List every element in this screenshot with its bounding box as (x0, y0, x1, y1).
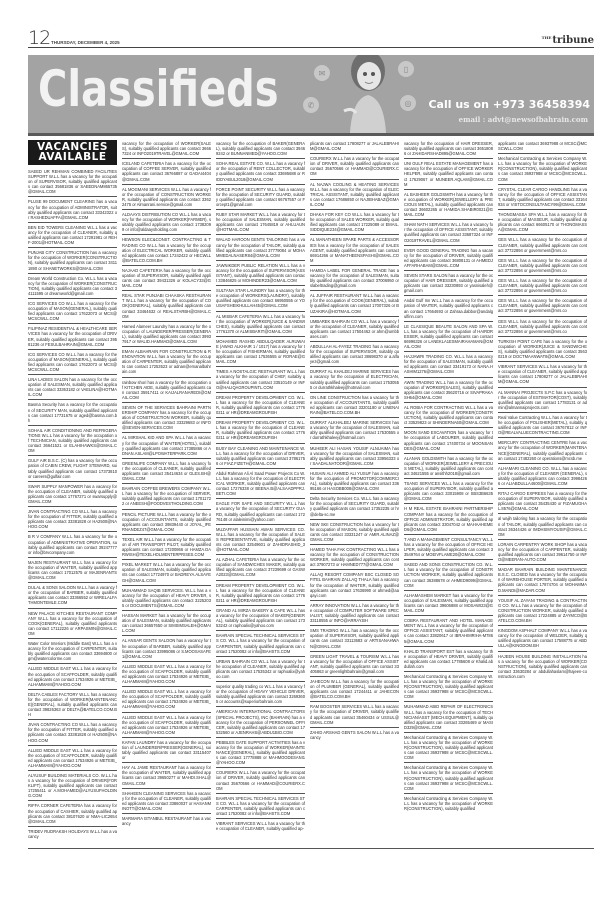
classified-ad: MUZAFFAR HUSSAIN AWAN SERVICES CO. W.L.L… (216, 526, 305, 555)
section-header: VACANCIES AVAILABLE (28, 140, 117, 165)
classified-ad: ALDAAYS DISTRIBUTION CO W.L.L has a vaca… (122, 211, 211, 235)
classified-ad: KINGDOM ASPHALT COMPANY W.L.L has a vaca… (498, 627, 587, 651)
classified-ad: ALANAN GOLDSMITH has a vacancy for the o… (404, 455, 493, 479)
classified-ad: PEBBLES GATE SUPPORT ACTIVITIES has a va… (216, 739, 305, 768)
phone-icon: ✆ (303, 97, 319, 113)
classified-ad: HASSAN MARKET has a vacancy for the occu… (122, 612, 211, 636)
classified-ad: MOON SAND EXCAVATION has a vacancy for t… (404, 429, 493, 453)
classified-ad: ARRAY INNOVATION W.L.L has a vacancy for… (310, 602, 399, 626)
classified-ad: DREAM PROPERTY DEVELOPMENT CO. W.L.L has… (216, 394, 305, 418)
classified-ad: DELTA CABLES FACTORY W.L.L has a vacancy… (28, 691, 117, 720)
classified-columns: VACANCIES AVAILABLE SAEED UR REHMAN COMB… (28, 140, 594, 849)
classified-ad: GES W.L.L has a vacancy for the occupati… (498, 257, 587, 276)
classified-ad: URBAN BAHRAIN CO W.L.L has a vacancy for… (216, 658, 305, 682)
classified-ad: ON LINE CONSTRUCTION has a vacancy for t… (310, 394, 399, 418)
classified-ad: NAJAAD CAFETERIA has a vacancy for the o… (122, 267, 211, 291)
classified-ad: vacancy for the occupation of HAIR DRESS… (404, 140, 493, 159)
classified-ad: ICELAND CAFETERIA has a vacancy for the … (122, 160, 211, 184)
classified-ad: GULF AIR B.S.C. (C) has a vacancy for th… (28, 457, 117, 481)
classified-ad: MUHAMMAD SAQIB SERVICES. W.L.L has a vac… (122, 587, 211, 611)
classified-ad: AL AZHAL CAFETERIA has a vacancy for the… (216, 556, 305, 580)
classified-ad: GES W.L.L has a vacancy for the occupati… (498, 236, 587, 255)
classified-ad: H M REAL ESTATE BAHRAINI PARTNERSHIP COM… (404, 505, 493, 534)
brand-name: tribune (552, 35, 594, 46)
classified-ad: DURRAT ALKHALEEJ MARINE SERVICES has a v… (310, 419, 399, 443)
classified-ad: FILIPINAZ RESIDENTIAL & HEALTHCARE SERVI… (28, 325, 117, 349)
globe-icon: ◎ (400, 95, 416, 111)
classified-ad: LORAIN CARPENTRY WORK SHOP has a vacancy… (498, 541, 587, 565)
classified-ad: ALLIED MIDDLE EAST W.L.L has a vacancy f… (122, 688, 211, 712)
page-number: 12 (28, 27, 50, 49)
classified-ad: SEVEN STARS SALON has a vacancy for the … (404, 272, 493, 296)
classified-ad: ALLIED MIDDLE EAST W.L.L has a vacancy f… (28, 747, 117, 771)
classified-ad: RITAJ CARGO EXPRESS has a vacancy for th… (498, 490, 587, 514)
classified-ad: FORCE POINT SECURITY W.L.L has a vacancy… (216, 186, 305, 210)
classified-ad: ALLIED MIDDLE EAST W.L.L has a vacancy f… (122, 714, 211, 738)
classified-ad: BEN EID TOWERS CLEANING W.L.L has a vaca… (28, 224, 117, 248)
classified-ad: YOUSIF AL ZAYANI TRADING & CONTRACTING C… (498, 597, 587, 626)
classified-ad: ALHAMARI CLEANING CO. W.L.L has a vacanc… (498, 465, 587, 489)
classified-ad: ALHAMASHEM MARKET has a vacancy for the … (404, 592, 493, 616)
classified-ad: SHAHEEN CLEANING SERVICES has a vacancy … (122, 790, 211, 814)
classified-ad: AL MIRSHAL KID AND SPA W.L.L has a vacan… (122, 434, 211, 458)
classified-ad: LINA LADIES SALON has a vacancy for the … (28, 376, 117, 400)
column-1: VACANCIES AVAILABLE SAEED UR REHMAN COMB… (28, 140, 117, 848)
banner-title: Classifieds (38, 60, 279, 118)
classified-ad: ALLIED MIDDLE EAST W.L.L has a vacancy f… (122, 663, 211, 687)
classified-ad: KHALID TRANSPORT EST has a vacancy for t… (404, 648, 493, 672)
classified-ad: ALYUSUF BUILDING MATERIALS CO. W.L.L has… (28, 772, 117, 801)
classified-ad: SOHAIL AIR CONDITIONING AND REFRIGERATIO… (28, 427, 117, 456)
classified-ad: VIBRANT SERVICES W.L.L has a vacancy for… (498, 363, 587, 387)
classified-ad: ALLIED MIDDLE EAST W.L.L has a vacancy f… (28, 665, 117, 689)
classified-ad: RUBY STAR MARKET W.L.L has a vacancy for… (216, 211, 305, 235)
classified-ad: JAWNIKDER PUBLIC RELATION W.L.L has a va… (216, 262, 305, 286)
classified-ad: MADAR BAHRAIN BUILDING MAINTENANCE B.S.C… (498, 566, 587, 595)
classified-ad: REAL STAR PUNJABI CHAASKA RESTAURANT W.L… (122, 292, 211, 321)
classified-ad: SULTANA STAR LAUNDRY has a vacancy for t… (216, 287, 305, 311)
classified-ad: MUHEER ALI HASAN YOUSIF ALNUAIMA has a v… (310, 445, 399, 469)
classified-ad: ICG SERVICES CO W.L.L has a vacancy for … (28, 351, 117, 375)
woman-illustration-icon (340, 55, 396, 133)
classified-ad: AL NAJWA COOLING & HEATING SERVICES W.L.… (310, 181, 399, 210)
classified-ad: MAJEN RESTAURANT W.L.L has a vacancy for… (28, 559, 117, 583)
contact-email: email : advt@newsofbahrain.com (459, 115, 588, 124)
column-3-ads: vacancy for the occupation of BAKER(GENE… (216, 140, 305, 833)
classified-ad: DREAM PROPERTY DEVELOPMENT CO. W.L.L has… (216, 582, 305, 606)
classified-ad: BAHRAIN SPECIAL TECHNICAL SERVICES STS C… (216, 795, 305, 819)
column-6-ads: applicants can contact 36937988 or MCSC@… (498, 140, 587, 681)
classified-ad: Water Color Interiors (Middle East) W.L.… (28, 640, 117, 664)
classified-ad: MERCURY CONTRACTING CENTRE has a vacancy… (498, 439, 587, 463)
classified-ad: PLUSE 99 DOCUMENT CLEARING has a vacancy… (28, 198, 117, 222)
classified-ad: AMERICAN INTERNATIONAL CONTRACTORS (SPEC… (216, 708, 305, 737)
classified-ad: AL JUFFAIR RESTAURANT W.L.L has a vacanc… (310, 292, 399, 316)
classified-ad: LE CLASSIQUE BEAUTE SALON AND SPA W.L.L … (404, 323, 493, 352)
classified-ad: TEXEL AIR W.L.L has a vacancy for the oc… (122, 536, 211, 560)
classified-ad: GES W.L.L has a vacancy for the occupati… (498, 297, 587, 316)
brand-logo: THEtribune (542, 35, 594, 46)
classified-ad: Hamed Alameer Laundry has a vacancy for … (122, 323, 211, 347)
section-header-line-2: AVAILABLE (28, 152, 117, 162)
classified-ad: Mechanical Contracting & Services Compan… (404, 764, 493, 793)
classified-ad: SAEED AND SONS CONSTRUCTION CO. W.L.L ha… (404, 561, 493, 590)
classified-ad: KAFAN LAUNDRY has a vacancy for the occu… (122, 739, 211, 763)
classified-ad: GREENLIFE COMPANY W.L.L has a vacancy fo… (122, 460, 211, 484)
classifieds-banner: Classifieds ✉ ✆ ▯ ◎ Call us on +973 3645… (28, 55, 594, 136)
classified-ad: WALAD HAROON GENTS TAILORING has a vacan… (216, 236, 305, 260)
classified-ad: AL MANNAI PROJECTS S.P.C has a vacancy f… (498, 389, 587, 413)
classified-ad: AWIN TRADING W.L.L has a vacancy for the… (404, 379, 493, 403)
envelope-icon: ✉ (314, 65, 330, 81)
classified-ad: ALLAQ RESORT COMPANY BSC CLOSED SOFITEL … (310, 571, 399, 600)
column-5: vacancy for the occupation of HAIR DRESS… (404, 140, 493, 848)
brand-prefix: THE (542, 35, 552, 40)
classified-ad: PENCIL PICTURE W.L.L has a vacancy for t… (122, 511, 211, 535)
classified-ad: HAMIDA LABEL FOR GENERAL TRADE has a vac… (310, 267, 399, 291)
classified-ad: plicants can contact 17808277 or JALALEB… (310, 140, 399, 154)
classified-ad: COURIERX W.L.L has a vacancy for the occ… (216, 769, 305, 793)
classified-ad: AL BASHEER GOLDSMITH has a vacancy for t… (404, 191, 493, 220)
classified-ad: Mechanical Contracting & Services Compan… (404, 734, 493, 763)
classified-ad: PUNJAB CITY CONSTRUCTION has a vacancy f… (28, 249, 117, 273)
classified-ad: BAHRAIN SPECIAL TECHNICAL SERVICES STS C… (216, 632, 305, 656)
classified-ad: Mechanical Contracting & Services Compan… (404, 795, 493, 813)
classified-ad: SWAR SUPPLY MANPOWER has a vacancy for t… (28, 483, 117, 507)
classified-ad: JIVAN CONTRACTING CO W.L.L has a vacancy… (28, 508, 117, 532)
classified-ad: GRAND AL MIRZA BAKERY & CAFE W.L.L has a… (216, 607, 305, 631)
classified-ad: CRYSTAL CLEAR CARGO HANDLING has a vacan… (498, 186, 587, 210)
classified-ad: THONGMASSA SPA W.L.L has a vacancy for t… (498, 211, 587, 235)
classified-ad: AL ANSAR GENTS SALOON has a vacancy for … (122, 637, 211, 661)
column-6: applicants can contact 36937988 or MCSC@… (498, 140, 587, 848)
classified-ad: BUSY BAY CLEANING AND MAINTENANCE W.L.L … (216, 445, 305, 469)
classified-ad: Real Value Contracting W.L.L has a vacan… (498, 414, 587, 438)
classified-ad: NEW PALACE KITCHES RESTAURANT COMPANY W.… (28, 610, 117, 639)
classified-ad: HAMED TAHA FAK CONTRACTING W.L.L has a v… (310, 546, 399, 570)
classified-ad: EMAN ALBAHRAIN FOR CONSTRUCTION & RENOVA… (122, 348, 211, 377)
column-2-ads: vacancy for the occupation of WORKER(SAL… (122, 140, 211, 828)
classified-ad: VIBRANT SERVICES W.L.L has a vacancy for… (216, 820, 305, 833)
classified-ad: DULAL & SONS SALOON W.L.L has a vacancy … (28, 584, 117, 608)
classified-ad: al wajih tailoring has a vacancy for the… (498, 515, 587, 539)
classified-ad: ABDULLAH AL-FAYEZ TRADING has a vacancy … (310, 343, 399, 367)
classified-ad: COBRA RESTAURANT AND HOTEL MANAGEMENT W.… (404, 617, 493, 646)
classified-ad: HEWSON ELEC&CONST. CONTRACTING & TRADING… (122, 236, 211, 265)
classified-ad: JAHECON W.L.L has a vacancy for the occu… (310, 678, 399, 702)
classified-ad: TRIDEV RUDRAKSH HOLIDAYS W.L.L has a vac… (28, 828, 117, 841)
classified-ad: AL ROBIA FOR CONTRACTING W.L.L has a vac… (404, 404, 493, 428)
classified-ad: Mechanical Contracting & Services Compan… (404, 673, 493, 702)
classified-ad: HUSAIN ALI AHMED ALI YUSUF has a vacancy… (310, 470, 399, 494)
classified-ad: superior quality trading co W.L.L has a … (216, 683, 305, 707)
classified-ad: DREAM PROPERTY DEVELOPMENT CO. W.L.L has… (216, 419, 305, 443)
classified-ad: AL MOGMANI SERVICES W.L.L has a vacancy … (122, 186, 211, 210)
call-us-phone: Call us on +973 36458394 (428, 98, 590, 111)
column-3: vacancy for the occupation of BAKER(GENE… (216, 140, 305, 848)
mobile-icon: ▯ (398, 61, 414, 77)
issue-date: THURSDAY, DECEMBER 4, 2025 (51, 40, 120, 45)
classified-ad: MARMARA ISTANBUL RESTAURANT has a vacanc… (122, 815, 211, 828)
classified-ad: UMBAREK BAHRAIN CO W.L.L has a vacancy f… (310, 318, 399, 342)
classified-ad: SEVEN OF THE SERVICES BAHRAINI PARTNERSH… (122, 404, 211, 433)
classified-ad: Mechanical Contracting & Services Compan… (498, 155, 587, 184)
classified-ad: Delta Security Services Co. W.L.L has a … (310, 495, 399, 519)
classified-ad: vacancy for the occupation of WORKER(SAL… (122, 140, 211, 159)
classified-ad: COURIERX W.L.L has a vacancy for the occ… (310, 155, 399, 179)
classified-ad: EVER GOOD GENERAL TRADING has a vacancy … (404, 247, 493, 271)
classified-ad: SOHA REAL ESTATE CO. W.L.L has a vacancy… (216, 160, 305, 184)
classified-ad: Basma Security has a vacancy for the occ… (28, 401, 117, 425)
classified-ad: Abdul Rahman Ali Al Saad Power Projects … (216, 470, 305, 499)
classified-ad: TURKISH POINT CAFE has a vacancy for the… (498, 338, 587, 362)
column-4-ads: plicants can contact 17808277 or JALALEB… (310, 140, 399, 742)
classified-ad: DURRAT AL KHALEEJ MARINE SERVICES has a … (310, 368, 399, 392)
classified-ad: T AND A MANAGEMENT CONSULTANCY W.L.L has… (404, 536, 493, 560)
classified-ad: Andal Gulf Inn W.L.L has a vacancy for t… (404, 297, 493, 321)
column-5-ads: vacancy for the occupation of HAIR DRESS… (404, 140, 493, 813)
classified-ad: ZAHID ARSHAD GENTS SALON W.L.L has a vac… (310, 729, 399, 742)
classified-ad: PIXEL MARKET W.L.L has a vacancy for the… (122, 561, 211, 585)
classified-ad: SAEED UR REHMAN COMBINED FACILITIES SUPP… (28, 168, 117, 197)
classified-ad: UNI GULF REAL ESTATE MANAGEMENT has a va… (404, 160, 493, 189)
classified-ad: RIFFA CORNER CAFETERIA has a vacancy for… (28, 802, 117, 826)
classified-ad: SMS TRADING W.L.L has a vacancy for the … (310, 627, 399, 651)
classified-ad: MOHAMED RASHID ABDULQADER ALRUWAIE (AWAD… (216, 338, 305, 367)
classified-ad: GES W.L.L has a vacancy for the occupati… (498, 318, 587, 337)
classified-ad: BAHRAIN COFFEE BREWERS COMPANY W.L.L has… (122, 485, 211, 509)
classified-ad: applicants can contact 36937988 or MCSC@… (498, 140, 587, 154)
classified-ad: RAM BOOSTER SERVICES W.L.L has a vacancy… (310, 703, 399, 727)
classified-ad: HAJEEN HOUSE BUILDING INSTALLATION has a… (498, 653, 587, 681)
classified-ad: vacancy for the occupation of BAKER(GENE… (216, 140, 305, 159)
classified-ad: AL MANATHEEN SPARE PARTS & ACCESSORIES h… (310, 236, 399, 265)
column-4: plicants can contact 17808277 or JALALEB… (310, 140, 399, 848)
classified-ad: DHAKA FOR KEY CO W.L.L has a vacancy for… (310, 211, 399, 235)
classified-ad: NEW SKII CONSTRUCTION has a vacancy for … (310, 521, 399, 545)
classified-ad: GREEN LIGHT TRAVEL & TOURISM W.L.L has a… (310, 653, 399, 677)
classified-ad: HAJJAWRI TRADING CO. W.L.L has a vacancy… (404, 353, 493, 377)
column-1-ads: SAEED UR REHMAN COMBINED FACILITIES SUPP… (28, 168, 117, 841)
classified-ad: JIVAN CONTRACTING CO W.L.L has a vacancy… (28, 721, 117, 745)
classified-ad: SHAM NATH SERVICES W.L.L has a vacancy f… (404, 221, 493, 245)
column-2: vacancy for the occupation of WORKER(SAL… (122, 140, 211, 848)
classified-ad: ICG SERVICES CO W.L.L has a vacancy for … (28, 300, 117, 324)
classified-ad: B R V COMPANY W.L.L has a vacancy for th… (28, 533, 117, 557)
classified-ad: AL MISBAR CAFETERIA W.L.L has a vacancy … (216, 313, 305, 337)
classified-ad: Dream World Construction Co. W.L.L has a… (28, 275, 117, 299)
classified-ad: TSANG SERVICES W.L.L has a vacancy for t… (404, 480, 493, 504)
classified-ad: TIMES A NOSTALGIC RESTAURANT W.L.L has a… (216, 368, 305, 392)
classified-ad: HAY AL JAME RESTAURANT has a vacancy for… (122, 764, 211, 788)
classified-ad: GES W.L.L has a vacancy for the occupati… (498, 277, 587, 296)
classified-ad: EAGLE FOR SAFE AND SECURITY W.L.L has a … (216, 500, 305, 524)
classified-ad: MUHAMMAD ABID REPAIR OF ELECTRONICS W.L.… (404, 703, 493, 732)
page-header: 12 THURSDAY, DECEMBER 4, 2025 THEtribune (28, 33, 594, 48)
classified-ad: rainbow shori has a vacancy for the occu… (122, 379, 211, 403)
